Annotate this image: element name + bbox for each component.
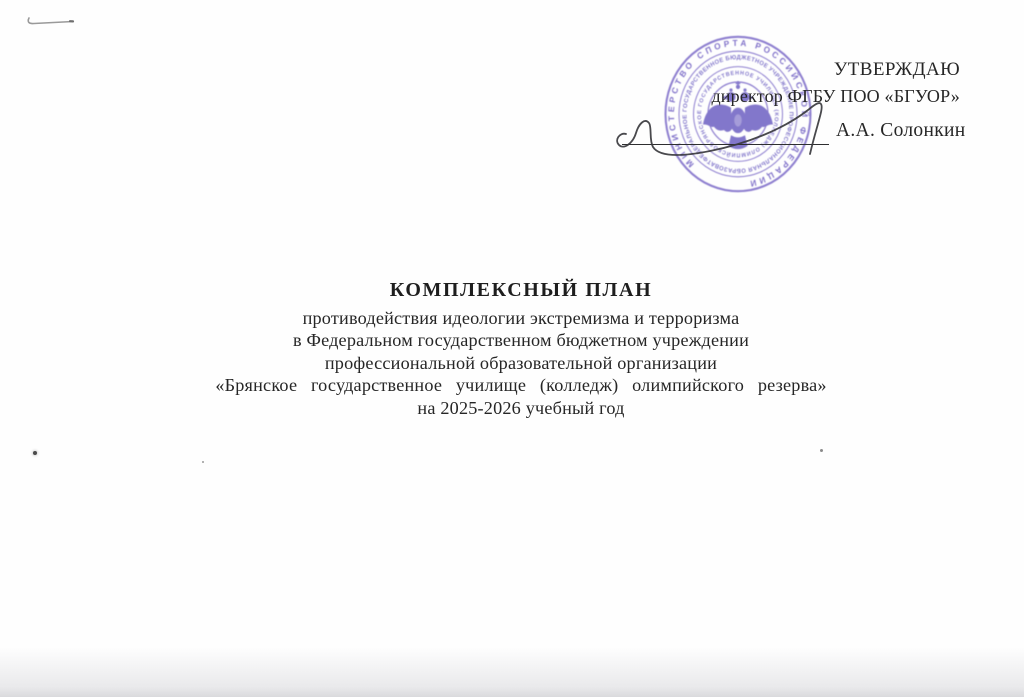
title-line-1: противодействия идеологии экстремизма и … xyxy=(9,307,1024,329)
approval-block: УТВЕРЖДАЮ директор ФГБУ ПОО «БГУОР» xyxy=(711,58,960,108)
approval-heading: УТВЕРЖДАЮ xyxy=(711,58,960,82)
scanned-document-page: УТВЕРЖДАЮ директор ФГБУ ПОО «БГУОР» МИНИ… xyxy=(0,0,1024,697)
title-line-4: «Брянское государственное училище (колле… xyxy=(9,374,1024,396)
signer-name: А.А. Солонкин xyxy=(836,120,965,142)
scan-bottom-shadow xyxy=(0,647,1024,697)
title-line-3: профессиональной образовательной организ… xyxy=(9,352,1024,374)
scan-speck xyxy=(202,461,204,463)
scan-speck xyxy=(33,451,37,455)
document-title-block: КОМПЛЕКСНЫЙ ПЛАН противодействия идеолог… xyxy=(9,279,1024,419)
title-line-5: на 2025-2026 учебный год xyxy=(9,397,1024,419)
title-line-2: в Федеральном государственном бюджетном … xyxy=(9,329,1024,351)
document-title: КОМПЛЕКСНЫЙ ПЛАН xyxy=(9,279,1024,302)
scan-artifact-line xyxy=(24,12,84,30)
approval-role-line: директор ФГБУ ПОО «БГУОР» xyxy=(711,85,960,108)
scan-speck xyxy=(820,449,823,452)
